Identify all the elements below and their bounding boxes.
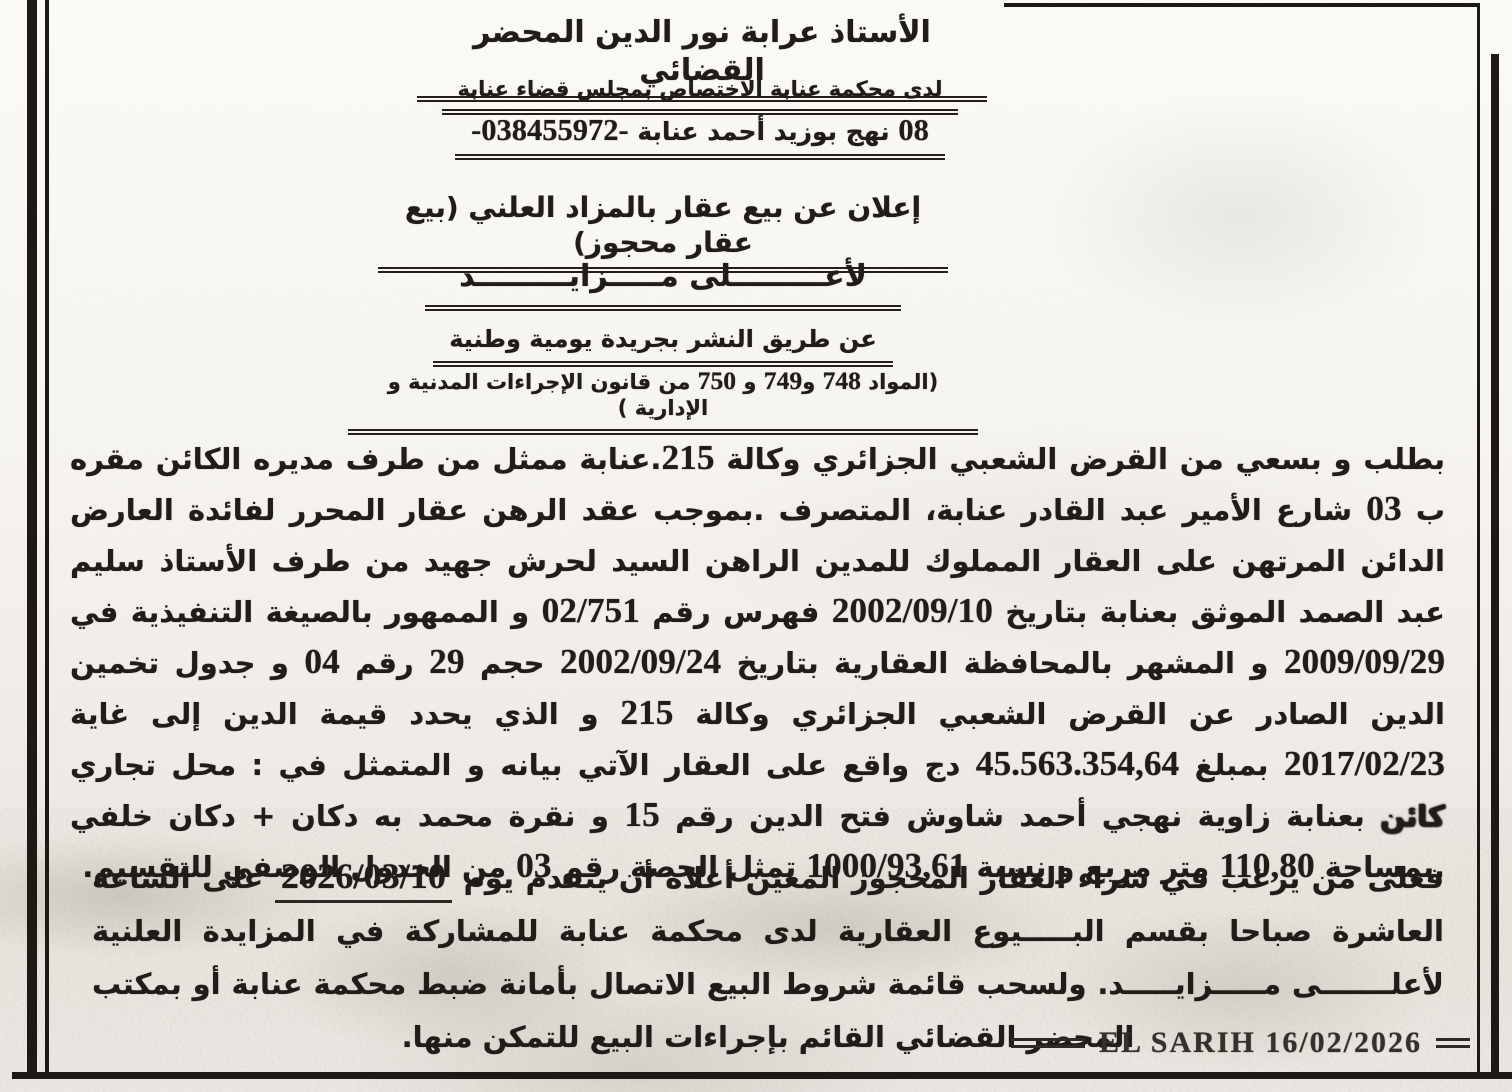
text-segment: بطلب و بسعي من القرض الشعبي الجزائري وكا… [715, 442, 1446, 476]
number-segment: 2002/09/10 [832, 590, 993, 630]
legal-articles-text: (المواد 748 و749 و 750 من قانون الإجراءا… [348, 368, 978, 435]
text-segment: و [802, 370, 822, 394]
number-segment: 45.563.354,64 [976, 743, 1179, 783]
text-segment: رقم [340, 646, 429, 680]
number-segment: 748 [823, 366, 861, 395]
text-segment: فعلى من يرغب في شراء العقار المحجوز المع… [452, 861, 1444, 895]
number-segment: 2002/09/24 [560, 641, 721, 681]
legal-articles-line: (المواد 748 و749 و 750 من قانون الإجراءا… [348, 368, 978, 435]
text-segment: و الممهور بالصيغة التنفيذية في [70, 595, 542, 629]
number-segment: 215 [661, 437, 714, 477]
text-segment: دج واقع على العقار الآتي بيانه و المتمثل… [70, 748, 976, 782]
page-border-left-outer [27, 0, 37, 1079]
scan-blotch-top-right [1020, 80, 1460, 380]
text-segment: حجم [465, 646, 560, 680]
number-segment: 03 [1366, 488, 1401, 528]
text-segment: نهج بوزيد أحمد عنابة [629, 117, 899, 146]
number-segment: 04 [304, 641, 339, 681]
number-segment: 749 [764, 366, 802, 395]
notice-body-paragraph: بطلب و بسعي من القرض الشعبي الجزائري وكا… [70, 434, 1445, 893]
office-address-line: 08 نهج بوزيد أحمد عنابة -038455972- [415, 115, 985, 160]
text-segment: (المواد [861, 370, 938, 394]
text-segment: و المشهر بالمحافظة العقارية بتاريخ [721, 646, 1284, 680]
number-segment: 215 [620, 692, 673, 732]
page-border-right-inner [1477, 4, 1480, 1073]
stamp-rule-left [1011, 1038, 1085, 1048]
stamp-rule-right [1436, 1038, 1470, 1048]
number-segment: 08 [898, 113, 929, 147]
text-segment: فهرس رقم [640, 595, 832, 629]
number-segment: كائن [1380, 799, 1445, 833]
office-address-text: 08 نهج بوزيد أحمد عنابة -038455972- [455, 115, 945, 160]
scanned-notice-page: الأستاذ عرابة نور الدين المحضر القضائي ل… [0, 0, 1512, 1092]
number-segment: 02/751 [542, 590, 640, 630]
highest-bidder-line: لأعـــــــــلى مـــــزايـــــــــد [378, 258, 948, 311]
court-jurisdiction-line: لدى محكمة عنابة الاختصاص بمجلس قضاء عناب… [415, 76, 985, 115]
number-segment: 15 [624, 794, 659, 834]
number-segment: -038455972- [471, 113, 629, 147]
text-segment: و [736, 370, 764, 394]
number-segment: 2017/02/23 [1284, 743, 1445, 783]
stamp-text: EL SARIH 16/02/2026 [1099, 1026, 1422, 1060]
text-segment: و الذي يحدد قيمة الدين إلى غاية [70, 697, 620, 731]
text-segment: بعنابة زاوية نهجي أحمد شاوش فتح الدين رق… [660, 799, 1380, 833]
publication-method-text: عن طريق النشر بجريدة يومية وطنية [433, 324, 893, 367]
page-border-bottom [12, 1072, 1512, 1079]
number-segment: 29 [429, 641, 464, 681]
number-segment: 2009/09/29 [1284, 641, 1445, 681]
highest-bidder-text: لأعـــــــــلى مـــــزايـــــــــد [425, 258, 901, 311]
text-segment: من قانون الإجراءات المدنية و الإدارية ) [388, 370, 708, 420]
number-segment: 750 [698, 366, 736, 395]
page-border-left-inner [45, 0, 49, 1073]
court-jurisdiction-text: لدى محكمة عنابة الاختصاص بمجلس قضاء عناب… [442, 76, 959, 115]
page-border-right-outer [1491, 54, 1499, 1073]
number-segment: 2026/03/10 [275, 856, 452, 903]
text-segment: بمبلغ [1179, 748, 1284, 782]
page-border-top [1004, 3, 1480, 7]
publication-method-line: عن طريق النشر بجريدة يومية وطنية [378, 324, 948, 367]
newspaper-stamp: EL SARIH 16/02/2026 [1011, 1026, 1470, 1060]
